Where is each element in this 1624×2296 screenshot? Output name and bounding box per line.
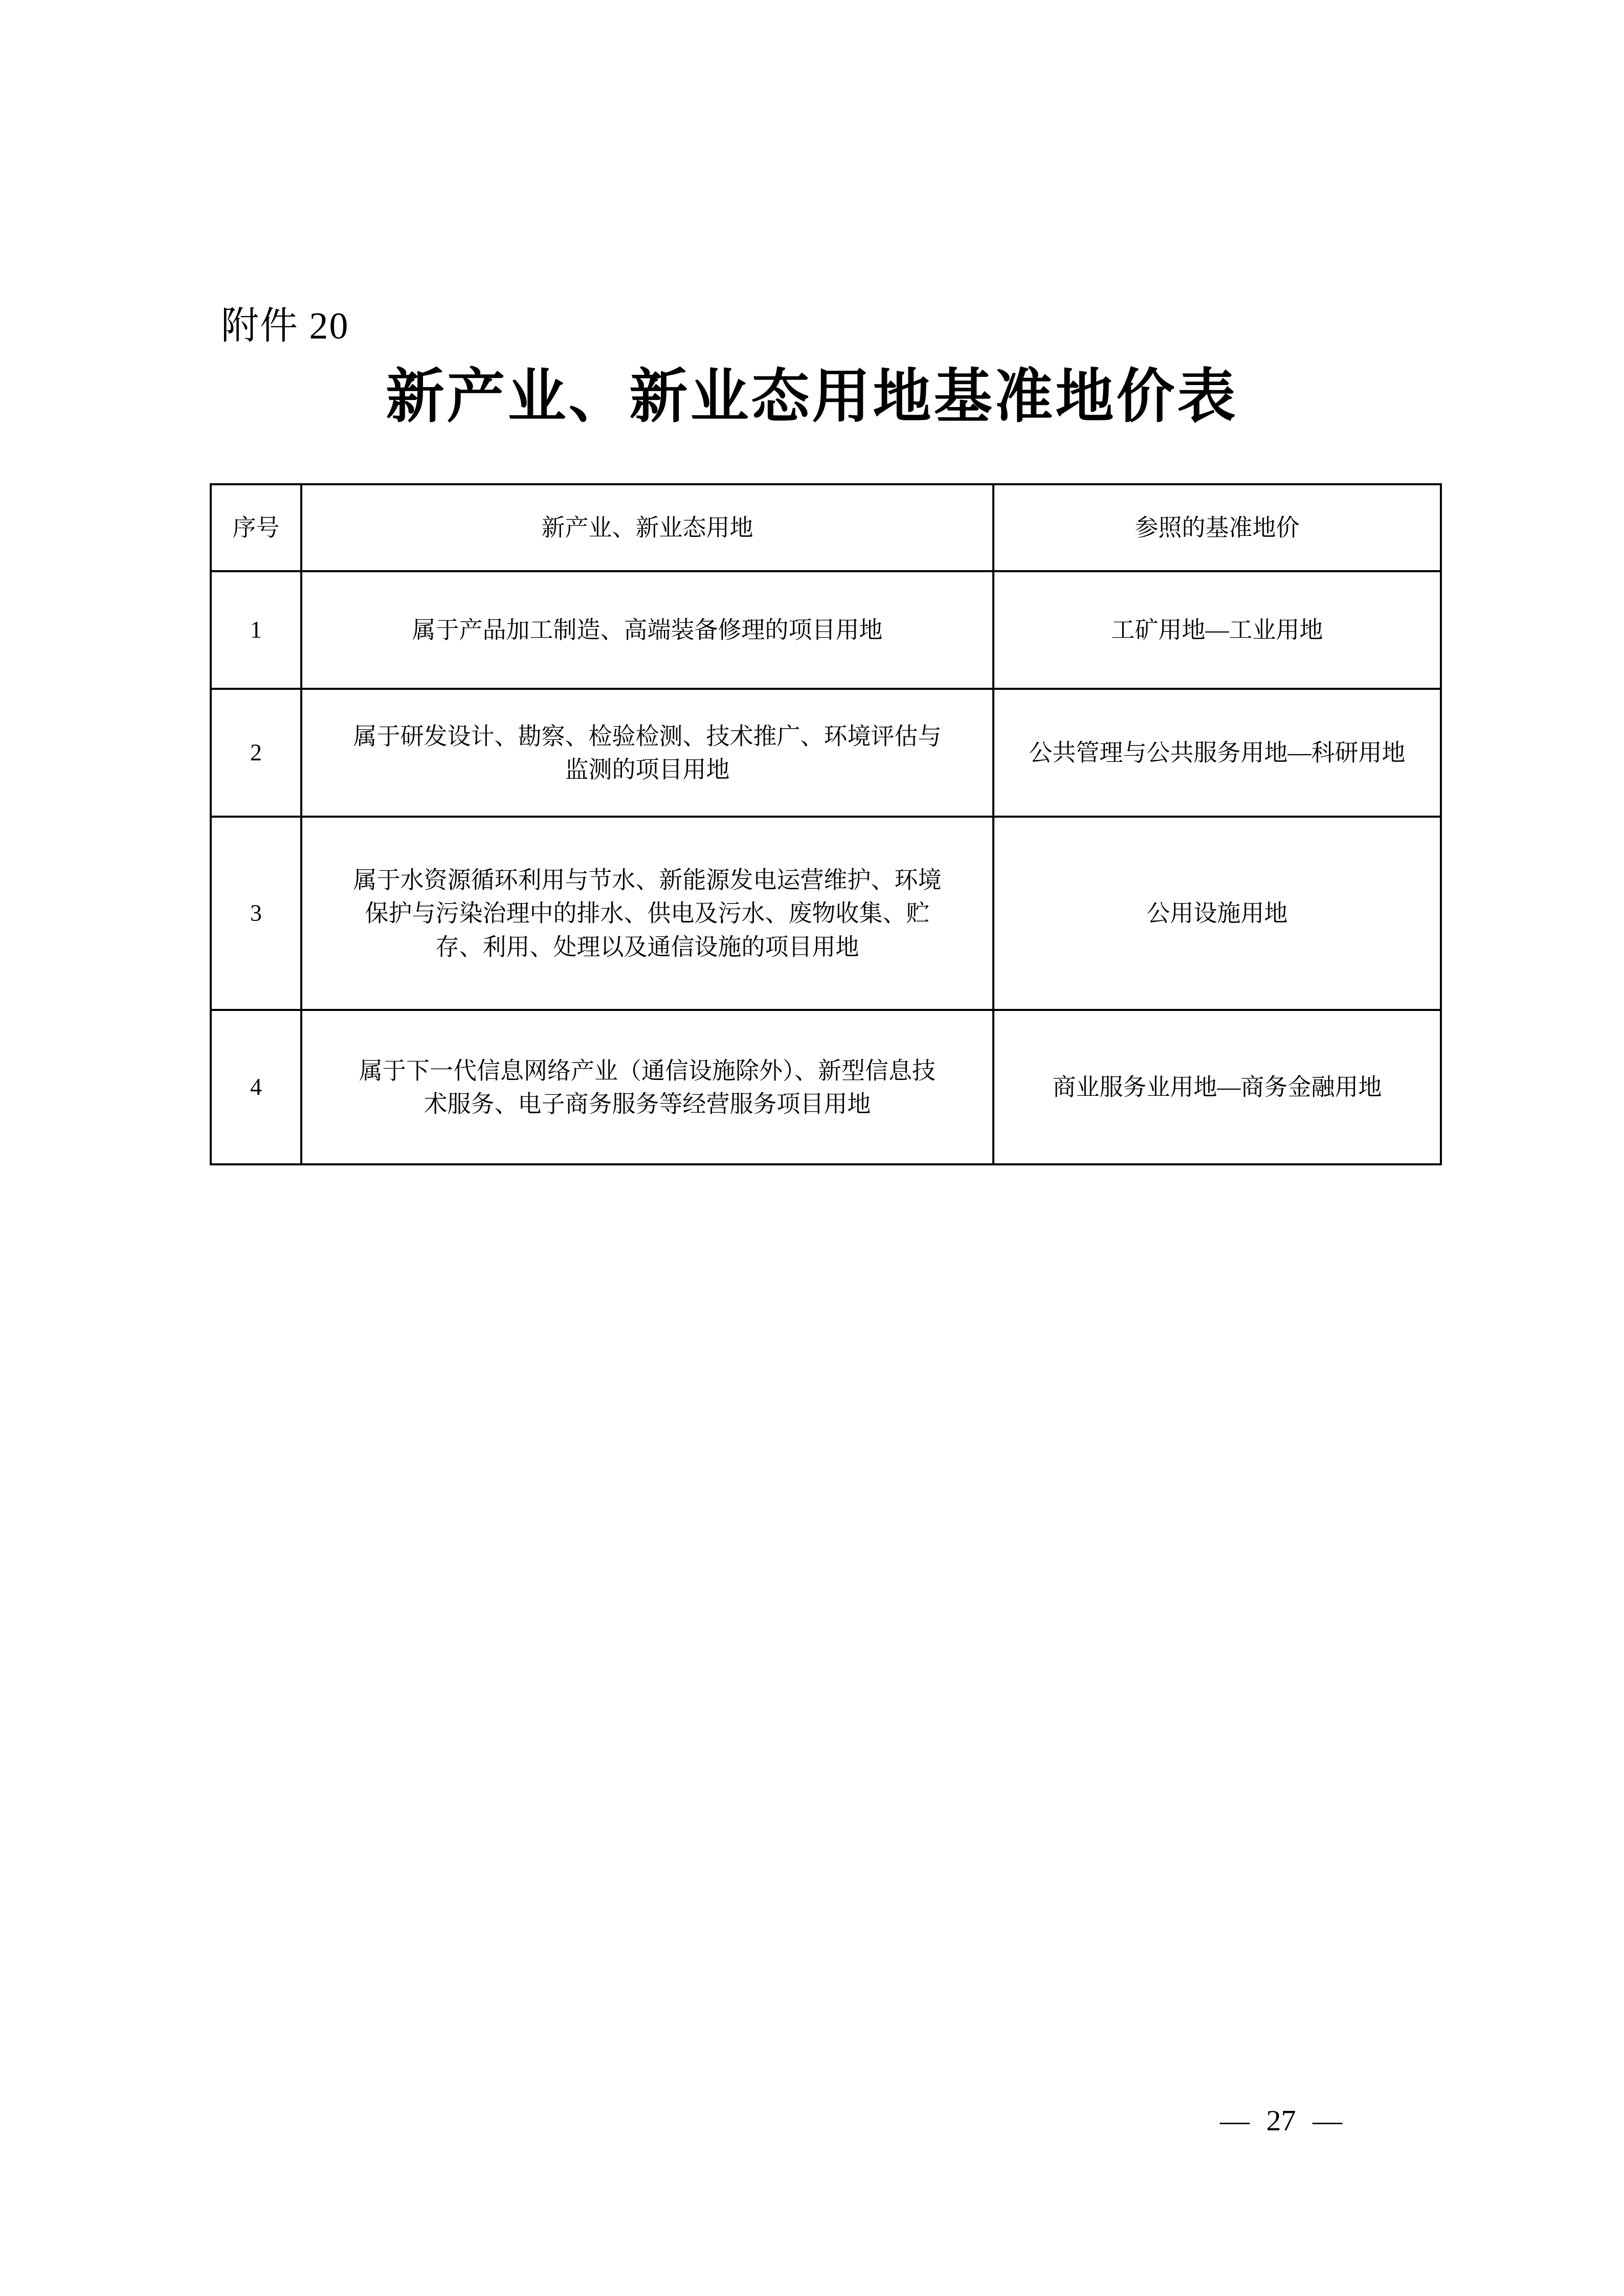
table-row: 2 属于研发设计、勘察、检验检测、技术推广、环境评估与监测的项目用地 公共管理与…: [211, 689, 1441, 817]
header-cell-land-use: 新产业、新业态用地: [301, 484, 993, 571]
page-title: 新产业、新业态用地基准地价表: [0, 363, 1624, 430]
cell-row3-reference: 公用设施用地: [993, 817, 1441, 1010]
cell-row1-no: 1: [211, 571, 301, 689]
table-header-row: 序号 新产业、新业态用地 参照的基准地价: [211, 484, 1441, 571]
cell-row2-reference: 公共管理与公共服务用地—科研用地: [993, 689, 1441, 817]
cell-row4-no: 4: [211, 1010, 301, 1164]
cell-row1-land-use: 属于产品加工制造、高端装备修理的项目用地: [301, 571, 993, 689]
table-row: 4 属于下一代信息网络产业（通信设施除外）、新型信息技术服务、电子商务服务等经营…: [211, 1010, 1441, 1164]
table-row: 3 属于水资源循环利用与节水、新能源发电运营维护、环境保护与污染治理中的排水、供…: [211, 817, 1441, 1010]
document-page: 附件 20 新产业、新业态用地基准地价表 序号 新产业、新业态用地 参照的基准地…: [0, 0, 1624, 2296]
attachment-label: 附件 20: [221, 306, 349, 347]
header-cell-no: 序号: [211, 484, 301, 571]
cell-row4-reference: 商业服务业用地—商务金融用地: [993, 1010, 1441, 1164]
cell-row4-land-use: 属于下一代信息网络产业（通信设施除外）、新型信息技术服务、电子商务服务等经营服务…: [301, 1010, 993, 1164]
header-cell-reference: 参照的基准地价: [993, 484, 1441, 571]
benchmark-land-price-table: 序号 新产业、新业态用地 参照的基准地价 1 属于产品加工制造、高端装备修理的项…: [210, 483, 1442, 1165]
cell-row3-land-use: 属于水资源循环利用与节水、新能源发电运营维护、环境保护与污染治理中的排水、供电及…: [301, 817, 993, 1010]
cell-row2-no: 2: [211, 689, 301, 817]
cell-row2-land-use: 属于研发设计、勘察、检验检测、技术推广、环境评估与监测的项目用地: [301, 689, 993, 817]
table-row: 1 属于产品加工制造、高端装备修理的项目用地 工矿用地—工业用地: [211, 571, 1441, 689]
page-number: — 27 —: [1220, 2103, 1342, 2139]
cell-row1-reference: 工矿用地—工业用地: [993, 571, 1441, 689]
cell-row3-no: 3: [211, 817, 301, 1010]
